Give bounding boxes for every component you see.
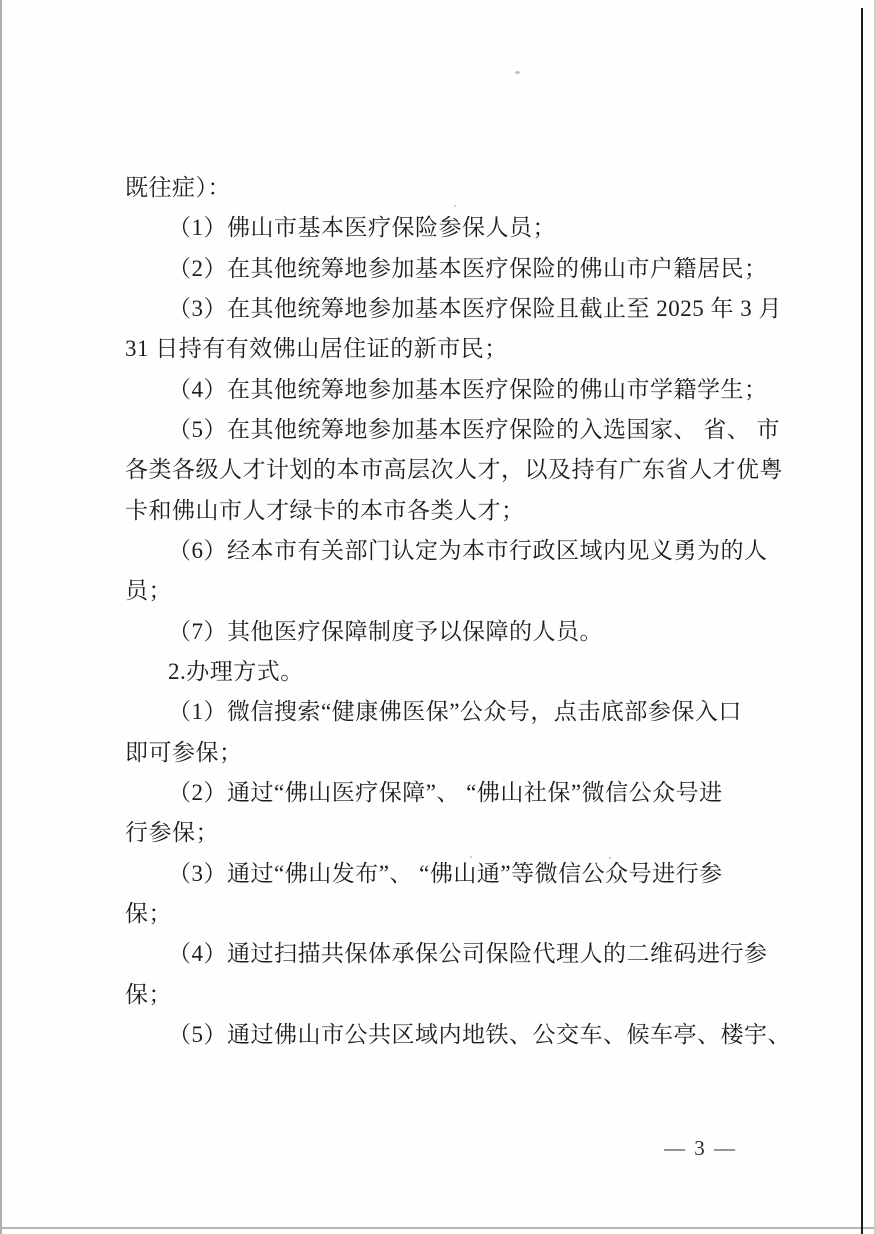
text-line: （4）在其他统筹地参加基本医疗保险的佛山市学籍学生； [125, 370, 793, 410]
text-line: （4）通过扫描共保体承保公司保险代理人的二维码进行参 [125, 934, 793, 974]
text-line: 2.办理方式。 [125, 652, 793, 692]
text-line: 31 日持有有效佛山居住证的新市民； [125, 329, 793, 369]
text-line: 保； [125, 975, 793, 1015]
text-line: 员； [125, 571, 793, 611]
text-line: 行参保； [125, 813, 793, 853]
scan-edge-bottom-line [0, 1227, 876, 1229]
text-line: （6）经本市有关部门认定为本市行政区域内见义勇为的人 [125, 531, 793, 571]
text-line: （2）在其他统筹地参加基本医疗保险的佛山市户籍居民； [125, 249, 793, 289]
text-line: 卡和佛山市人才绿卡的本市各类人才； [125, 491, 793, 531]
text-line: （3）在其他统筹地参加基本医疗保险且截止至 2025 年 3 月 [125, 289, 793, 329]
document-text-block: 既往症）： （1）佛山市基本医疗保险参保人员； （2）在其他统筹地参加基本医疗保… [125, 168, 793, 1055]
text-line: （7）其他医疗保障制度予以保障的人员。 [125, 612, 793, 652]
text-line: 既往症）： [125, 168, 793, 208]
text-line: （3）通过“佛山发布”、 “佛山通”等微信公众号进行参 [125, 854, 793, 894]
scan-artifact-right-line [861, 8, 863, 1234]
text-line: （1）佛山市基本医疗保险参保人员； [125, 208, 793, 248]
scan-edge-left-line [0, 0, 2, 1234]
text-line: （1）微信搜索“健康佛医保”公众号，点击底部参保入口 [125, 692, 793, 732]
text-line: （5）在其他统筹地参加基本医疗保险的入选国家、 省、 市 [125, 410, 793, 450]
scanned-document-page: 既往症）： （1）佛山市基本医疗保险参保人员； （2）在其他统筹地参加基本医疗保… [0, 0, 876, 1234]
text-line: 即可参保； [125, 733, 793, 773]
text-line: （5）通过佛山市公共区域内地铁、公交车、候车亭、楼宇、 [125, 1015, 793, 1055]
page-number: — 3 — [664, 1134, 737, 1162]
scan-speck [515, 71, 520, 74]
text-line: （2）通过“佛山医疗保障”、 “佛山社保”微信公众号进 [125, 773, 793, 813]
text-line: 保； [125, 894, 793, 934]
text-line: 各类各级人才计划的本市高层次人才，以及持有广东省人才优粤 [125, 450, 793, 490]
